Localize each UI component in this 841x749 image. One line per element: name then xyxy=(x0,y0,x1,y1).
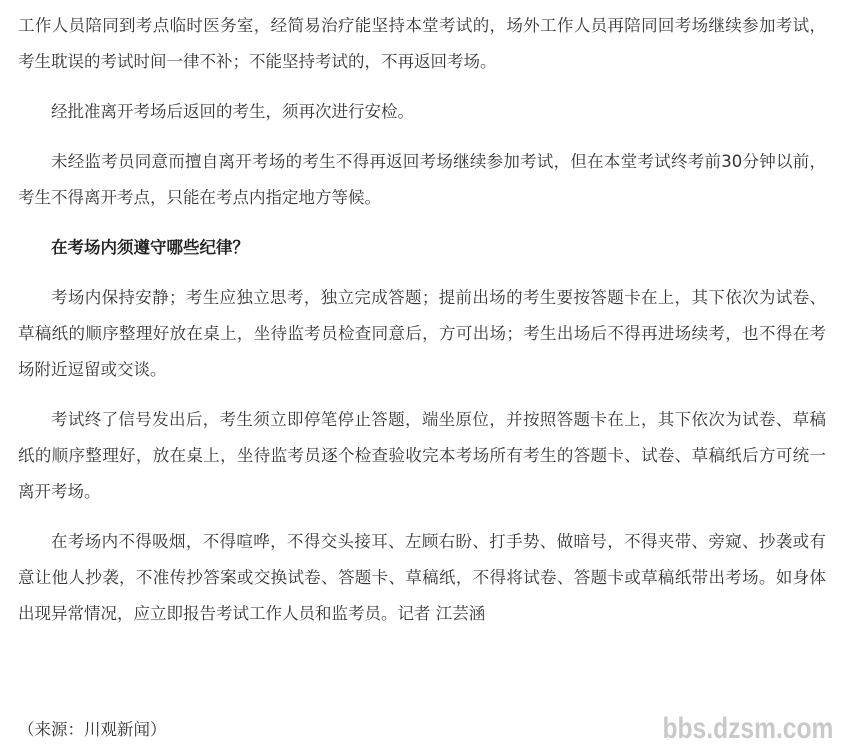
article-source: （来源：川观新闻） xyxy=(18,712,167,748)
paragraph-medical-room: 工作人员陪同到考点临时医务室，经简易治疗能坚持本堂考试的，场外工作人员再陪同回考… xyxy=(18,8,826,80)
paragraph-quiet-rules: 考场内保持安静；考生应独立思考，独立完成答题；提前出场的考生要按答题卡在上，其下… xyxy=(18,280,826,388)
paragraph-end-signal: 考试终了信号发出后，考生须立即停笔停止答题，端坐原位，并按照答题卡在上，其下依次… xyxy=(18,402,826,510)
article-body: 工作人员陪同到考点临时医务室，经简易治疗能坚持本堂考试的，场外工作人员再陪同回考… xyxy=(18,8,826,646)
paragraph-leaving-exam: 未经监考员同意而擅自离开考场的考生不得再返回考场继续参加考试，但在本堂考试终考前… xyxy=(18,144,826,216)
section-heading-discipline: 在考场内须遵守哪些纪律？ xyxy=(18,230,826,266)
paragraph-prohibitions: 在考场内不得吸烟，不得喧哗，不得交头接耳、左顾右盼、打手势、做暗号，不得夹带、旁… xyxy=(18,524,826,632)
paragraph-security-check: 经批准离开考场后返回的考生，须再次进行安检。 xyxy=(18,94,826,130)
site-watermark: bbs.dzsm.com xyxy=(662,712,833,746)
